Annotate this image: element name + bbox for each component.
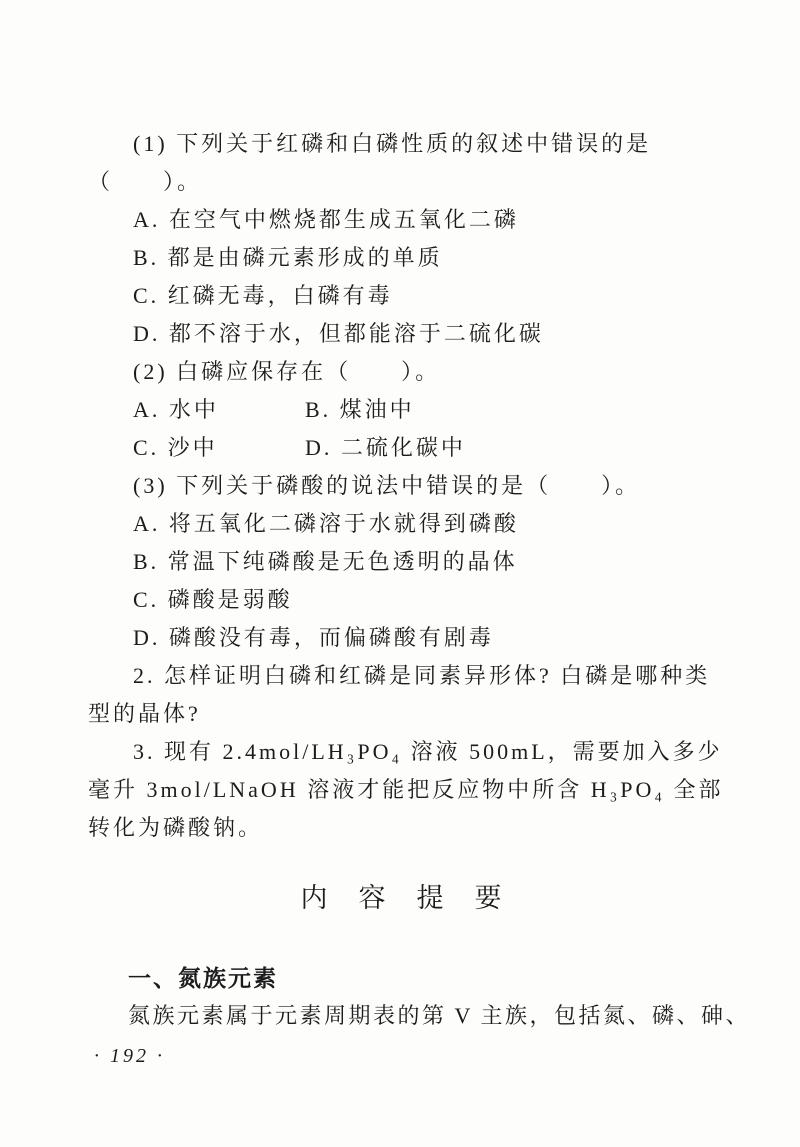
question-1-option-b: B. 都是由磷元素形成的单质 [88, 239, 716, 277]
question-2-option-b: B. 煤油中 [305, 397, 415, 422]
question-2-option-a: A. 水中 [133, 391, 305, 429]
subsection-heading-nitrogen-family: 一、氮族元素 [88, 959, 716, 997]
question-1-option-a: A. 在空气中燃烧都生成五氧化二磷 [88, 201, 716, 239]
question-1-option-c: C. 红磷无毒，白磷有毒 [88, 277, 716, 315]
question-3-option-d: D. 磷酸没有毒，而偏磷酸有剧毒 [88, 619, 716, 657]
page-number: · 192 · [88, 1041, 716, 1071]
problem-3-line1: 3. 现有 2.4mol/LH₃PO₄ 溶液 500mL，需要加入多少 [88, 733, 716, 771]
section-heading-content-summary: 内 容 提 要 [88, 877, 716, 919]
question-2-options-row1: A. 水中B. 煤油中 [88, 391, 716, 429]
question-3-option-a: A. 将五氧化二磷溶于水就得到磷酸 [88, 505, 716, 543]
question-3-option-b: B. 常温下纯磷酸是无色透明的晶体 [88, 543, 716, 581]
question-1-option-d: D. 都不溶于水，但都能溶于二硫化碳 [88, 315, 716, 353]
problem-3-line3: 转化为磷酸钠。 [88, 809, 716, 847]
question-2-option-c: C. 沙中 [133, 429, 305, 467]
question-2-options-row2: C. 沙中D. 二硫化碳中 [88, 429, 716, 467]
problem-2-line1: 2. 怎样证明白磷和红磷是同素异形体? 白磷是哪种类 [88, 657, 716, 695]
problem-2-line2: 型的晶体? [88, 695, 716, 733]
book-page: (1) 下列关于红磷和白磷性质的叙述中错误的是 （ ）。 A. 在空气中燃烧都生… [0, 0, 800, 1147]
question-1-stem-line1: (1) 下列关于红磷和白磷性质的叙述中错误的是 [88, 125, 716, 163]
question-3-option-c: C. 磷酸是弱酸 [88, 581, 716, 619]
problem-3-line2: 毫升 3mol/LNaOH 溶液才能把反应物中所含 H₃PO₄ 全部 [88, 771, 716, 809]
question-3-stem: (3) 下列关于磷酸的说法中错误的是（ ）。 [88, 467, 716, 505]
question-2-option-d: D. 二硫化碳中 [305, 435, 466, 460]
question-2-stem: (2) 白磷应保存在（ ）。 [88, 353, 716, 391]
summary-paragraph-line1: 氮族元素属于元素周期表的第 V 主族，包括氮、磷、砷、 [88, 997, 716, 1035]
question-1-stem-line2: （ ）。 [88, 163, 716, 201]
